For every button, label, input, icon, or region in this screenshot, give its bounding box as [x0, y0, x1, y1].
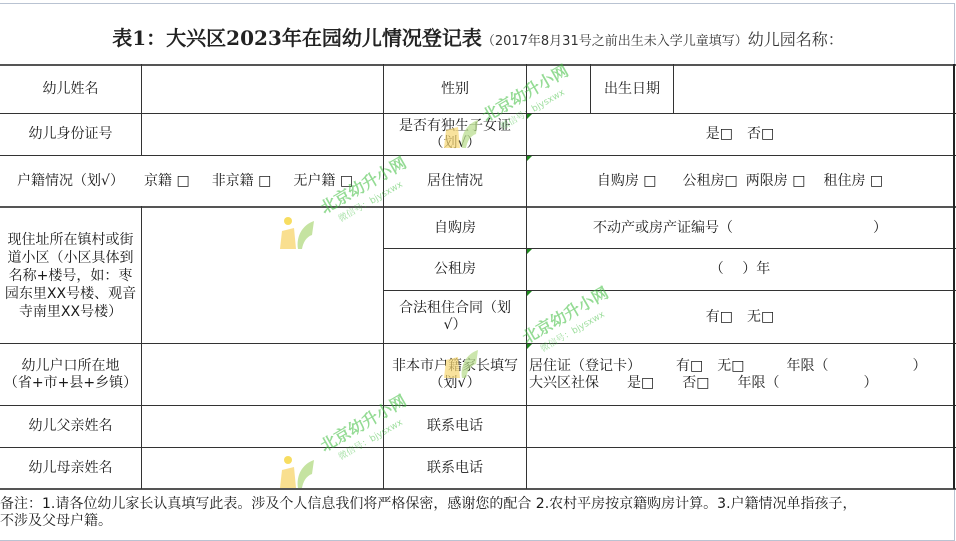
residence-option-rented[interactable]: 租住房 □ — [823, 173, 883, 190]
own-house-cert-field[interactable]: 不动产或房产证编号（ ） — [527, 208, 953, 248]
address-label-line: 寺南里XX号楼） — [19, 303, 122, 321]
rent-contract-label: 合法租住合同（划 √） — [384, 291, 526, 343]
residence-option-own[interactable]: 自购房 □ — [597, 173, 657, 190]
mother-phone-label: 联系电话 — [384, 448, 526, 488]
address-label-line: 园东里XX号楼、观音 — [5, 285, 136, 303]
only-child-cert-label-line2: （划√） — [430, 135, 481, 152]
row-divider — [0, 488, 956, 490]
id-number-label: 幼儿身份证号 — [0, 114, 141, 155]
non-local-parent-label: 非本市户籍家长填写 （划√） — [384, 344, 526, 405]
non-local-parent-label-line2: （划√） — [430, 375, 481, 392]
only-child-cert-label-line1: 是否有独生子女证 — [399, 118, 511, 135]
hukou-label: 户籍情况（划√） — [0, 156, 141, 206]
hukou-option-non-beijing[interactable]: 非京籍 □ — [212, 173, 272, 190]
only-child-cert-options[interactable]: 是□ 否□ — [527, 114, 953, 155]
non-local-parent-details: 居住证（登记卡） 有□ 无□ 年限（ ） 大兴区社保 是□ 否□ 年限（ ） — [527, 344, 953, 405]
non-local-parent-label-line1: 非本市户籍家长填写 — [392, 358, 518, 375]
residence-permit-line[interactable]: 居住证（登记卡） 有□ 无□ 年限（ ） — [529, 358, 926, 375]
residence-label: 居住情况 — [384, 156, 526, 206]
mother-name-field[interactable] — [142, 448, 383, 488]
rent-contract-label-line1: 合法租住合同（划 — [399, 300, 511, 317]
birth-date-field[interactable] — [674, 66, 953, 113]
hukou-options: 京籍 □ 非京籍 □ 无户籍 □ — [142, 156, 383, 206]
father-name-field[interactable] — [142, 406, 383, 447]
hukou-location-label-line1: 幼儿户口所在地 — [22, 358, 120, 375]
title-main: 表1：大兴区2023年在园幼儿情况登记表 — [112, 26, 482, 50]
public-rent-years-field[interactable]: （ ）年 — [527, 249, 953, 290]
form-notes: 备注：1.请各位幼儿家长认真填写此表。涉及个人信息我们将严格保密，感谢您的配合 … — [0, 496, 950, 530]
hukou-location-field[interactable] — [142, 344, 383, 405]
public-rent-label: 公租房 — [384, 249, 526, 290]
residence-options: 自购房 □ 公租房□ 两限房 □ 租住房 □ — [527, 156, 953, 206]
residence-option-public-rent[interactable]: 公租房□ — [683, 173, 738, 190]
mother-name-label: 幼儿母亲姓名 — [0, 448, 141, 488]
own-house-label: 自购房 — [384, 208, 526, 248]
id-number-field[interactable] — [142, 114, 383, 155]
hukou-location-label-line2: （省+市+县+乡镇） — [4, 375, 137, 392]
address-label-line: 名称+楼号，如：枣 — [9, 267, 133, 285]
form-title: 表1：大兴区2023年在园幼儿情况登记表（2017年8月31号之前出生未入学儿童… — [0, 22, 956, 51]
hukou-option-beijing[interactable]: 京籍 □ — [144, 173, 190, 190]
table-right-border — [953, 64, 955, 489]
title-subtitle: （2017年8月31号之前出生未入学儿童填写） — [482, 34, 748, 49]
father-name-label: 幼儿父亲姓名 — [0, 406, 141, 447]
rent-contract-label-line2: √） — [444, 317, 467, 334]
child-name-label: 幼儿姓名 — [0, 66, 141, 113]
address-field[interactable] — [142, 208, 383, 343]
note-line2: 不涉及父母户籍。 — [0, 513, 950, 530]
address-label-line: 道小区（小区具体到 — [8, 249, 134, 267]
only-child-cert-label: 是否有独生子女证 （划√） — [384, 114, 526, 155]
note-line1: 备注：1.请各位幼儿家长认真填写此表。涉及个人信息我们将严格保密，感谢您的配合 … — [0, 496, 950, 513]
address-label-line: 现住址所在镇村或街 — [8, 231, 134, 249]
child-name-field[interactable] — [142, 66, 383, 113]
kindergarten-name-label: 幼儿园名称： — [748, 30, 844, 49]
mother-phone-field[interactable] — [527, 448, 953, 488]
residence-option-limited-price[interactable]: 两限房 □ — [746, 173, 806, 190]
birth-date-label: 出生日期 — [591, 66, 673, 113]
hukou-option-none[interactable]: 无户籍 □ — [293, 173, 353, 190]
gender-field[interactable] — [527, 66, 590, 113]
rent-contract-options[interactable]: 有□ 无□ — [527, 291, 953, 343]
social-insurance-line[interactable]: 大兴区社保 是□ 否□ 年限（ ） — [529, 375, 877, 392]
father-phone-field[interactable] — [527, 406, 953, 447]
father-phone-label: 联系电话 — [384, 406, 526, 447]
gender-label: 性别 — [384, 66, 526, 113]
hukou-location-label: 幼儿户口所在地 （省+市+县+乡镇） — [0, 344, 141, 405]
address-label: 现住址所在镇村或街 道小区（小区具体到 名称+楼号，如：枣 园东里XX号楼、观音… — [0, 208, 141, 343]
